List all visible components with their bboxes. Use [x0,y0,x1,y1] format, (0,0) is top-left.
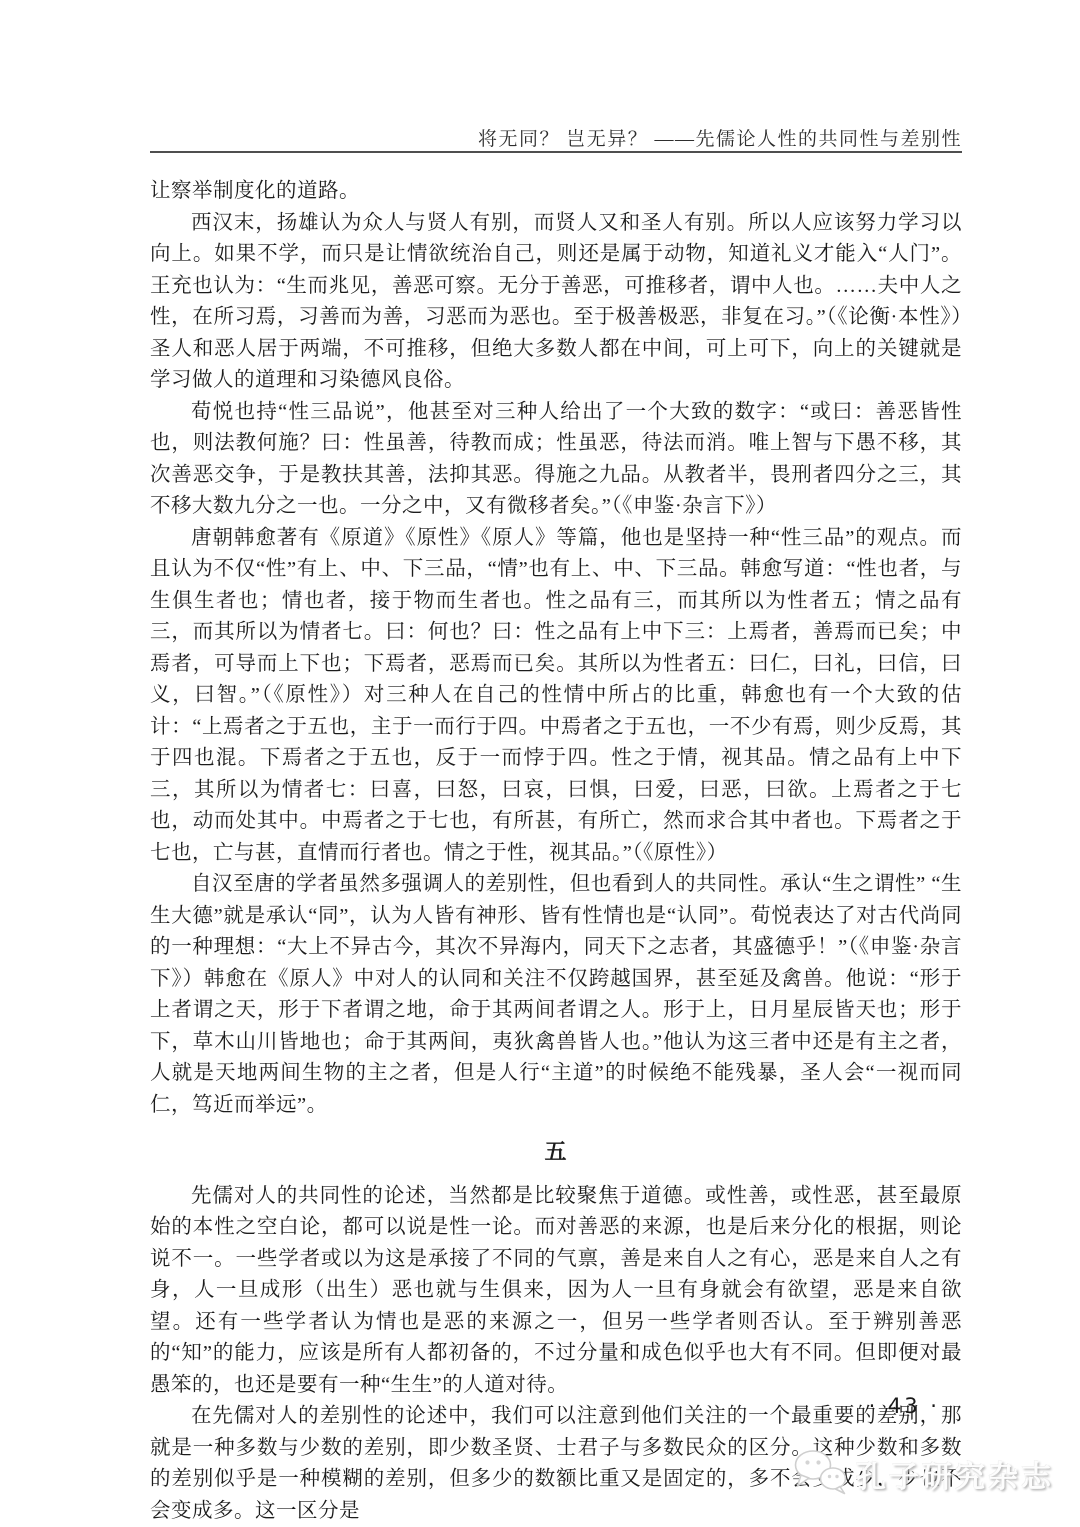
paragraph-continuation: 让察举制度化的道路。 [150,176,962,208]
document-page: 将无同？ 岂无异？ ——先儒论人性的共同性与差别性 让察举制度化的道路。 西汉末… [0,0,1080,1527]
section-heading: 五 [150,1136,962,1168]
running-header: 将无同？ 岂无异？ ——先儒论人性的共同性与差别性 [150,124,962,151]
watermark: 孔子研究杂志 [791,1448,1054,1500]
paragraph: 先儒对人的共同性的论述，当然都是比较聚焦于道德。或性善，或性恶，甚至最原始的本性… [150,1181,962,1402]
page-number: · 43 · [150,1394,940,1418]
wechat-logo-icon [791,1448,849,1500]
watermark-text: 孔子研究杂志 [856,1452,1054,1496]
header-rule [150,151,962,153]
paragraph: 西汉末，扬雄认为众人与贤人有别，而贤人又和圣人有别。所以人应该努力学习以向上。如… [150,208,962,397]
paragraph: 自汉至唐的学者虽然多强调人的差别性，但也看到人的共同性。承认“生之谓性” “生生… [150,869,962,1121]
paragraph: 荀悦也持“性三品说”，他甚至对三种人给出了一个大致的数字：“或曰：善恶皆性也，则… [150,397,962,523]
paragraph: 唐朝韩愈著有《原道》《原性》《原人》等篇，他也是坚持一种“性三品”的观点。而且认… [150,523,962,870]
running-header-title: 将无同？ 岂无异？ ——先儒论人性的共同性与差别性 [478,129,962,150]
page-body: 让察举制度化的道路。 西汉末，扬雄认为众人与贤人有别，而贤人又和圣人有别。所以人… [150,176,962,1527]
